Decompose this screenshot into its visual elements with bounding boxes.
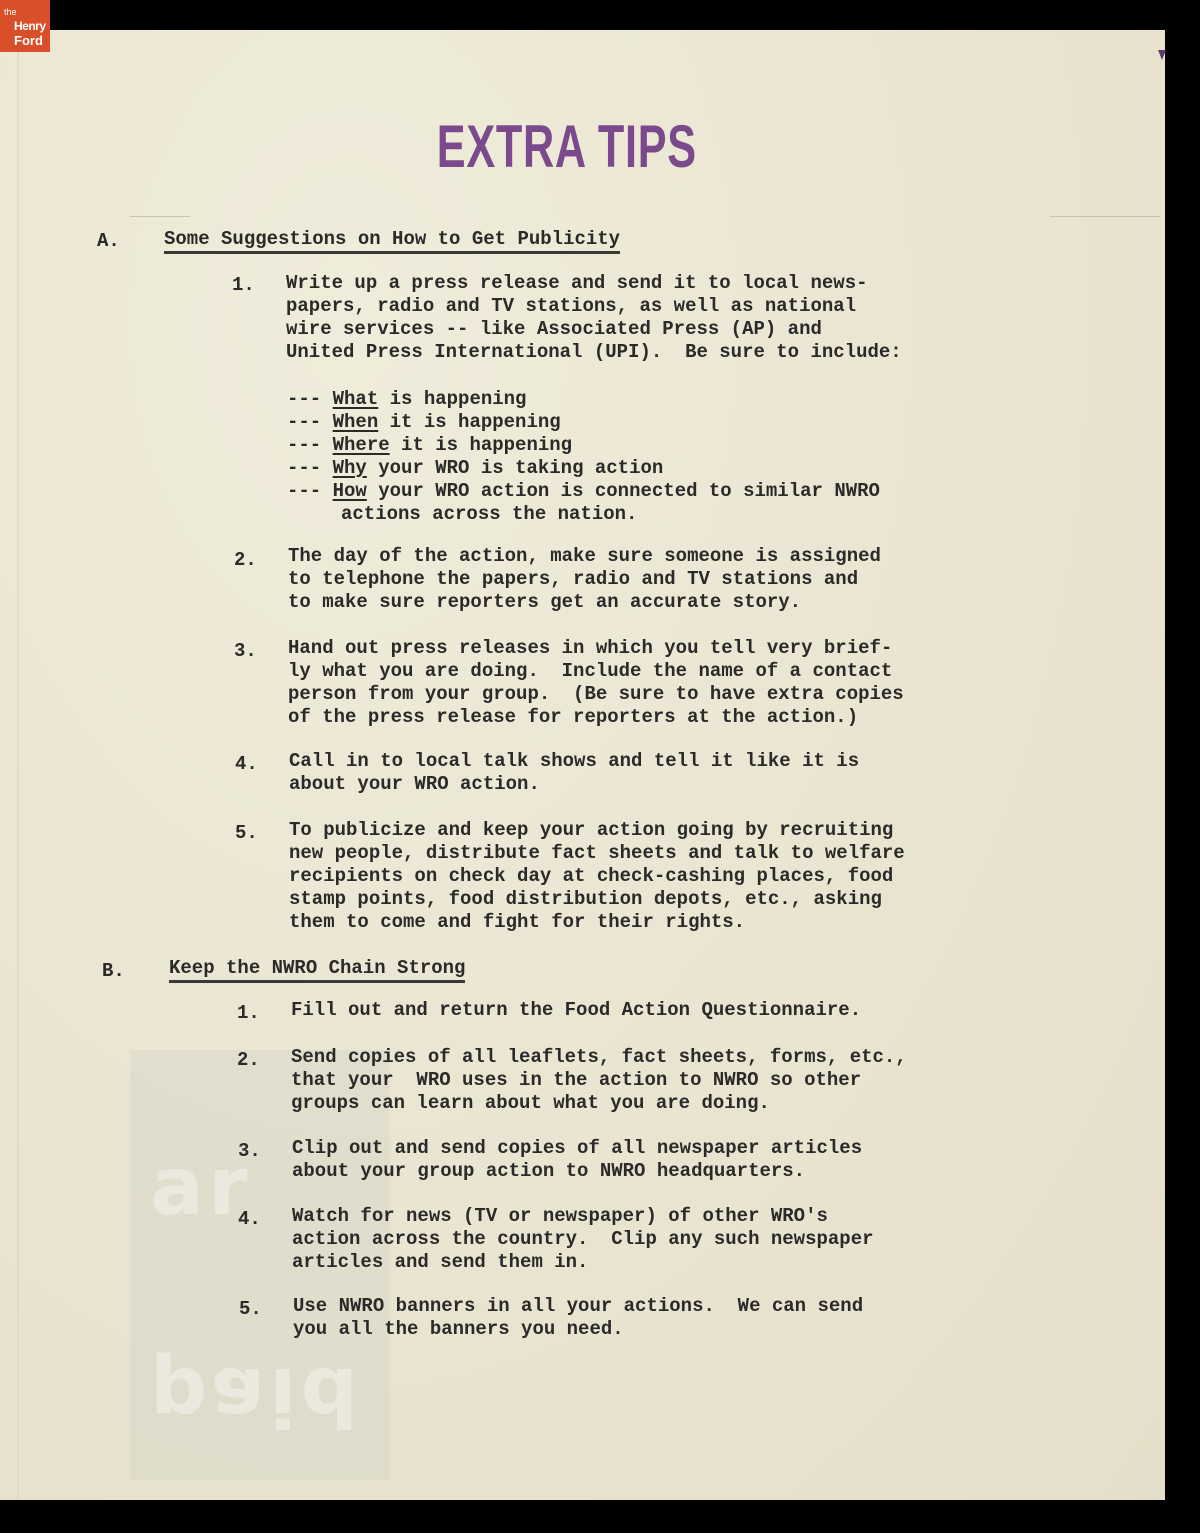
item-b5-text: Use NWRO banners in all your actions. We… [293, 1295, 863, 1341]
checklist-continuation: actions across the nation. [287, 503, 880, 526]
item-a4-number: 4. [235, 753, 258, 775]
faint-rule-right [1050, 216, 1160, 217]
item-a3-number: 3. [234, 640, 257, 662]
section-a-heading: Some Suggestions on How to Get Publicity [164, 228, 620, 254]
item-a2-number: 2. [234, 549, 257, 571]
item-a2-text: The day of the action, make sure someone… [288, 545, 881, 614]
item-a5-number: 5. [235, 822, 258, 844]
checklist-item: --- How your WRO action is connected to … [287, 480, 880, 503]
item-b4-number: 4. [238, 1208, 261, 1230]
section-b-heading: Keep the NWRO Chain Strong [169, 957, 465, 983]
item-b3-text: Clip out and send copies of all newspape… [292, 1137, 862, 1183]
item-b1-number: 1. [237, 1002, 260, 1024]
bleed-through-text: paid [150, 1350, 362, 1443]
item-b1-text: Fill out and return the Food Action Ques… [291, 999, 861, 1022]
checklist-item: --- Where it is happening [287, 434, 880, 457]
item-b3-number: 3. [238, 1140, 261, 1162]
press-release-checklist: --- What is happening --- When it is hap… [287, 388, 880, 526]
item-b2-text: Send copies of all leaflets, fact sheets… [291, 1046, 907, 1115]
faint-rule-left [130, 216, 190, 217]
item-a1-number: 1. [232, 274, 255, 296]
item-a3-text: Hand out press releases in which you tel… [288, 637, 904, 729]
bleed-through-text: ar [150, 1140, 251, 1233]
checklist-item: --- Why your WRO is taking action [287, 457, 880, 480]
item-b5-number: 5. [239, 1298, 262, 1320]
checklist-item: --- What is happening [287, 388, 880, 411]
item-a4-text: Call in to local talk shows and tell it … [289, 750, 859, 796]
corner-mark [1158, 50, 1166, 60]
henry-ford-logo: the Henry Ford [0, 0, 50, 52]
page-title: EXTRA TIPS [158, 112, 975, 181]
page-fold [17, 30, 19, 1500]
item-a1-text: Write up a press release and send it to … [286, 272, 902, 364]
item-b2-number: 2. [237, 1049, 260, 1071]
section-a-letter: A. [97, 230, 120, 252]
item-b4-text: Watch for news (TV or newspaper) of othe… [292, 1205, 874, 1274]
section-b-letter: B. [102, 960, 125, 982]
item-a5-text: To publicize and keep your action going … [289, 819, 905, 934]
checklist-item: --- When it is happening [287, 411, 880, 434]
